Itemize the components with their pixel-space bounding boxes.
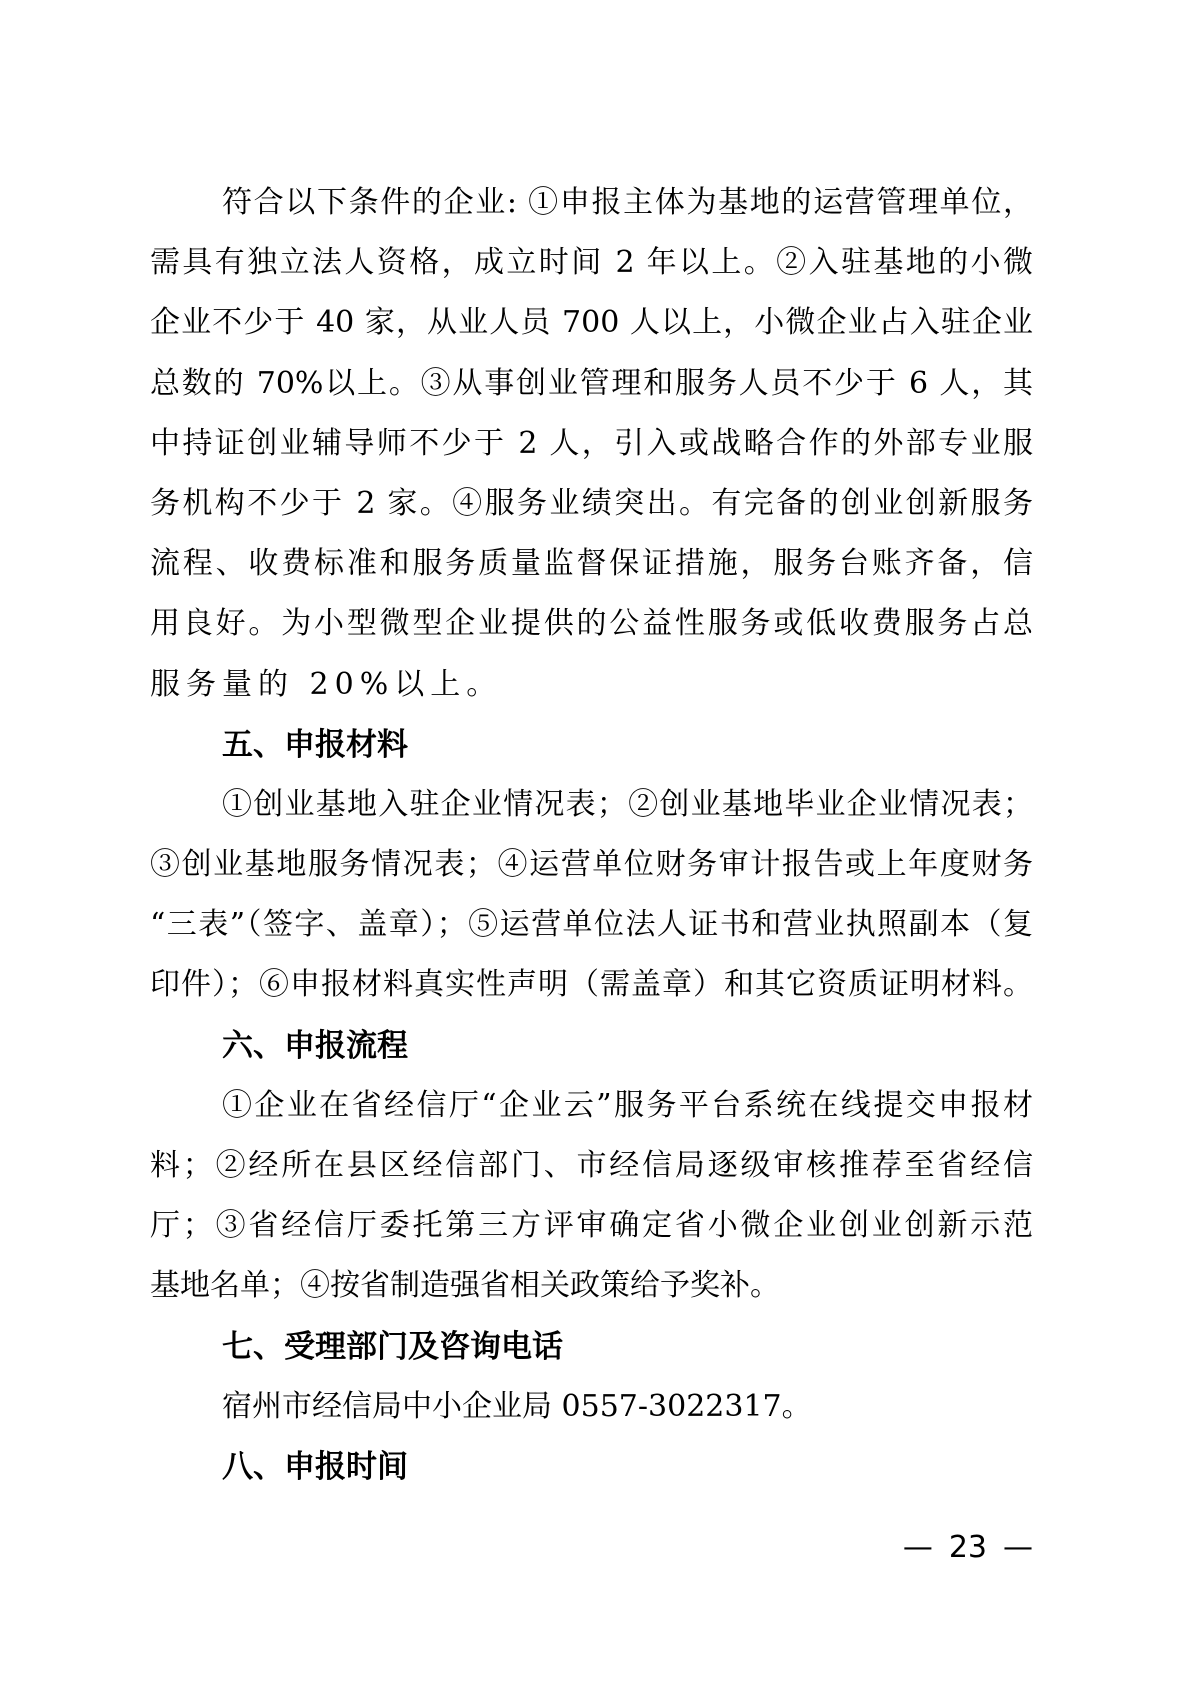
body-line: ①创业基地入驻企业情况表；②创业基地毕业企业情况表； [150,775,1033,835]
page-number-value: 23 [949,1530,987,1565]
section-heading-6: 六、申报流程 [150,1016,1033,1076]
body-line: 服务量的 20%以上。 [150,655,1033,715]
body-line: 基地名单；④按省制造强省相关政策给予奖补。 [150,1256,1033,1316]
body-line: 中持证创业辅导师不少于 2 人，引入或战略合作的外部专业服 [150,414,1033,474]
body-line: ①企业在省经信厅“企业云”服务平台系统在线提交申报材 [150,1076,1033,1136]
body-line: “三表”（签字、盖章）；⑤运营单位法人证书和营业执照副本（复 [150,895,1033,955]
body-line: 总数的 70%以上。③从事创业管理和服务人员不少于 6 人，其 [150,354,1033,414]
page-number-right-dash: — [1003,1530,1033,1565]
body-line: ③创业基地服务情况表；④运营单位财务审计报告或上年度财务 [150,835,1033,895]
body-line: 需具有独立法人资格，成立时间 2 年以上。②入驻基地的小微 [150,233,1033,293]
body-line: 厅；③省经信厅委托第三方评审确定省小微企业创业创新示范 [150,1196,1033,1256]
body-line: 企业不少于 40 家，从业人员 700 人以上，小微企业占入驻企业 [150,293,1033,353]
body-line: 料；②经所在县区经信部门、市经信局逐级审核推荐至省经信 [150,1136,1033,1196]
body-line: 流程、收费标准和服务质量监督保证措施，服务台账齐备，信 [150,534,1033,594]
section-heading-5: 五、申报材料 [150,715,1033,775]
section-heading-8: 八、申报时间 [150,1437,1033,1497]
page-number: —23— [903,1528,1033,1568]
body-line: 用良好。为小型微型企业提供的公益性服务或低收费服务占总 [150,594,1033,654]
body-line: 务机构不少于 2 家。④服务业绩突出。有完备的创业创新服务 [150,474,1033,534]
section-heading-7: 七、受理部门及咨询电话 [150,1317,1033,1377]
page-number-left-dash: — [903,1530,933,1565]
document-page: 符合以下条件的企业: ①申报主体为基地的运营管理单位， 需具有独立法人资格，成立… [0,0,1190,1683]
body-line: 符合以下条件的企业: ①申报主体为基地的运营管理单位， [150,173,1033,233]
document-body: 符合以下条件的企业: ①申报主体为基地的运营管理单位， 需具有独立法人资格，成立… [150,173,1033,1497]
body-line-contact: 宿州市经信局中小企业局 0557-3022317。 [150,1377,1033,1437]
body-line: 印件）；⑥申报材料真实性声明（需盖章）和其它资质证明材料。 [150,955,1033,1015]
